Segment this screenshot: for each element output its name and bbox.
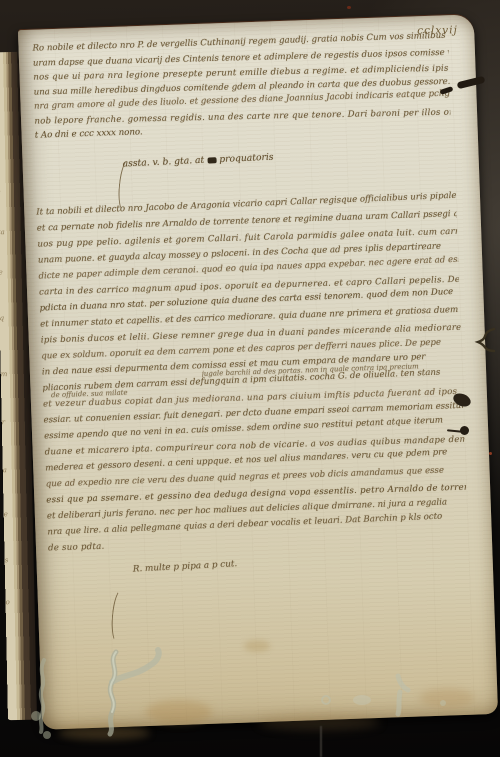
margin-pen-trial: [473, 326, 497, 354]
facing-page-text-fragment: r: [2, 418, 6, 426]
facing-page-text-fragment: a: [3, 466, 7, 474]
facing-page-text-fragment: ta: [0, 228, 5, 236]
facing-page-text-fragment: m: [1, 370, 8, 378]
facing-page-text-fragment: o: [5, 598, 9, 606]
entry-heading-text: assta. v. b. gta. at: [122, 154, 204, 169]
manuscript-photo: o s ta e q m r a e s o cclxvij Ro nobile…: [0, 0, 500, 757]
registry-entry-top: Ro nobile et dilecto nro P. de vergellis…: [32, 31, 451, 143]
facing-page-text-fragment: s: [0, 188, 1, 196]
entry-heading: assta. v. b. gta. atproquatoris: [122, 142, 478, 169]
ink-speck: [347, 6, 351, 9]
facing-page-text-fragment: s: [5, 556, 9, 564]
ink-blot: [460, 426, 469, 435]
ink-blot: [207, 156, 216, 162]
table-crack: [320, 726, 322, 757]
manuscript-page: cclxvij Ro nobile et dilecto nro P. de v…: [18, 14, 498, 729]
ink-speck: [489, 452, 492, 455]
facing-page-text-fragment: e: [0, 268, 3, 276]
registry-entry-main: It ta nobili et dilecto nro Jacobo de Ar…: [36, 189, 468, 555]
facing-page-text-fragment: q: [0, 314, 4, 322]
facing-page-text-fragment: e: [4, 510, 8, 518]
entry-heading-text: proquatoris: [219, 151, 274, 164]
